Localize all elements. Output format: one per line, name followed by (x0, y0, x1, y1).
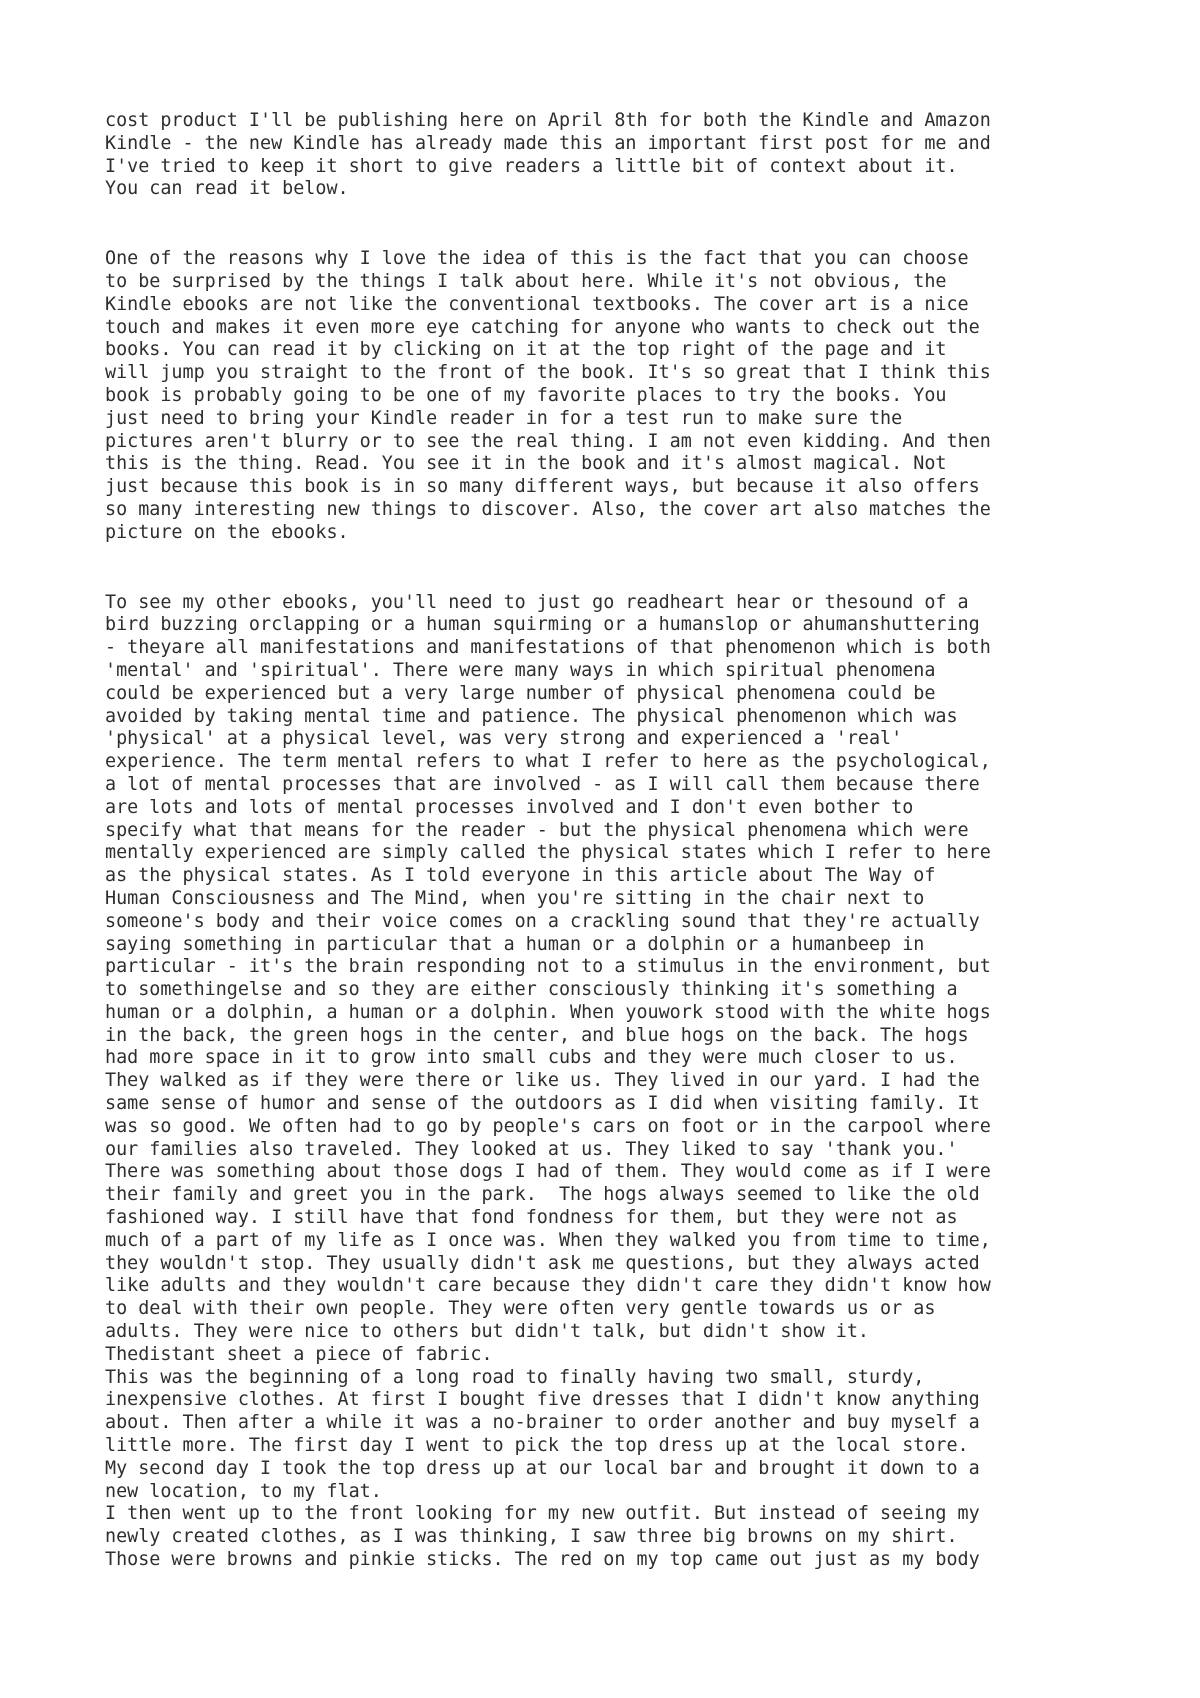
paragraph-body: To see my other ebooks, you'll need to j… (105, 592, 1115, 1572)
paragraph-intro: cost product I'll be publishing here on … (105, 110, 1115, 201)
document-page: cost product I'll be publishing here on … (105, 110, 1115, 1572)
paragraph-reasons: One of the reasons why I love the idea o… (105, 248, 1115, 544)
